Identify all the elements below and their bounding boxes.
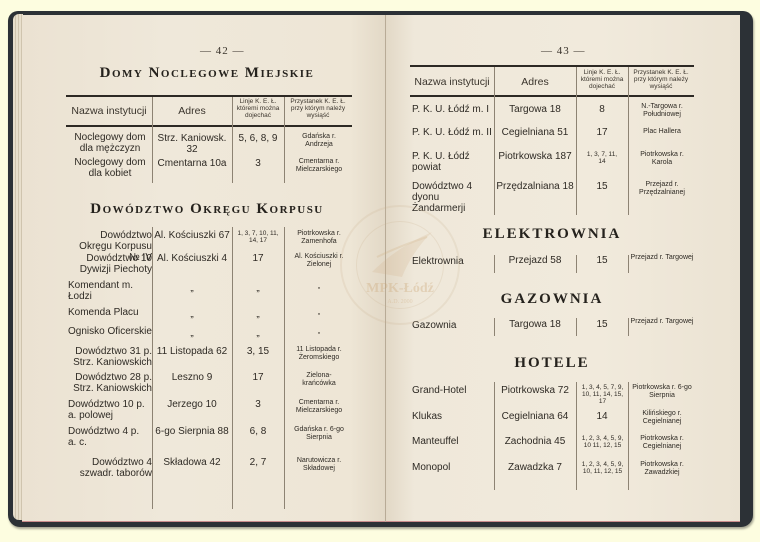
table-row-name: Ognisko Oficerskie [68,326,152,337]
table-row-lines: „ [232,283,284,294]
section-title-hotele: HOTELE [410,355,694,372]
col-header-lines: Linje K. E. Ł. któremi można dojechać [576,70,628,90]
winged-wheel-icon [367,227,437,282]
table-row-lines: 15 [576,319,628,330]
table-row-stop: Piotrkowska r. Cegielnianej [630,435,694,451]
column-divider [576,382,577,490]
header-bottom-rule [66,125,352,127]
table-row-address: Zachodnia 45 [494,436,576,447]
table-row-lines: 3, 15 [232,346,284,357]
table-row-stop: Przejazd r. Targowej [630,318,694,326]
section-title-dowodztwo: Dowództwo Okręgu Korpusu [62,201,352,218]
table-row-stop: „ [288,328,350,336]
column-divider [628,255,629,273]
table-row-address: Cegielniana 64 [494,411,576,422]
table-row-name: P. K. U. Łódź m. I [412,104,494,115]
table-row-address: Al. Kościuszki 4 [152,253,232,264]
table-row-name: Grand-Hotel [412,385,494,396]
page-number: — 43 — [541,45,586,57]
col-header-stop: Przystanek K. E. Ł. przy którym należy w… [628,70,694,90]
header-top-rule [66,95,352,97]
table-row-name: Gazownia [412,320,494,331]
table-row-address: Przejazd 58 [494,255,576,266]
table-row-lines: „ [232,328,284,339]
table-row-name: Dowództwo 4 szwadr. taborów [68,457,152,479]
table-row-address: Zawadzka 7 [494,462,576,473]
column-divider [628,318,629,336]
watermark-year: A.D. 2000 [342,299,458,305]
table-row-lines: 15 [576,181,628,192]
column-divider [284,97,285,183]
table-row-lines: „ [232,309,284,320]
table-row-name: P. K. U. Łódź m. II [412,127,494,138]
table-row-address: Cegielniana 51 [494,127,576,138]
table-row-address: „ [152,328,232,339]
table-row-name: Klukas [412,411,494,422]
table-row-stop: Narutowicza r. Składowej [288,457,350,473]
col-header-address: Adres [152,106,232,117]
table-row-address: Piotrkowska 187 [494,151,576,162]
table-row-address: Cmentarna 10a [152,158,232,169]
table-row-address: „ [152,283,232,294]
table-row-address: Piotrkowska 72 [494,385,576,396]
table-row-name: Komendant m. Łodzi [68,280,138,302]
column-divider [494,67,495,215]
table-row-address: „ [152,309,232,320]
col-header-address: Adres [494,77,576,88]
watermark-seal: MPK-Łódź A.D. 2000 [340,205,460,325]
table-row-lines: 17 [576,127,628,138]
table-row-lines: 1, 3, 7, 10, 11, 14, 17 [234,230,282,244]
table-row-lines: 5, 6, 8, 9 [232,133,284,144]
table-row-name: Dowództwo 4 p. a. c. [68,426,140,448]
watermark-text: MPK-Łódź [342,281,458,297]
table-row-stop: Gdańska r. Andrzeja [288,133,350,149]
table-row-address: Strz. Kaniowsk. 32 [152,133,232,155]
table-row-name: Dowództwo 10 p. a. polowej [68,399,152,421]
table-row-name: Monopol [412,462,494,473]
table-row-lines: 2, 7 [232,457,284,468]
table-row-address: Targowa 18 [494,104,576,115]
col-header-lines: Linje K. E. Ł. któremi można dojechać [232,99,284,119]
column-divider [628,67,629,215]
column-divider [628,382,629,490]
table-row-stop: Piotrkowska r. Zawadzkiej [630,461,694,477]
table-row-address: Składowa 42 [152,457,232,468]
table-row-address: Przędzalniana 18 [494,181,576,192]
table-row-lines: 17 [232,372,284,383]
table-row-name: Noclegowy dom dla kobiet [68,157,152,179]
table-row-address: Al. Kościuszki 67 [152,230,232,241]
table-row-lines: 8 [576,104,628,115]
section-title-domy-noclegowe: Domy Noclegowe Miejskie [62,65,352,82]
table-row-name: Noclegowy dom dla mężczyzn [68,132,152,154]
table-row-name: P. K. U. Łódź powiat [412,151,476,173]
table-row-lines: 15 [576,255,628,266]
col-header-stop: Przystanek K. E. Ł. przy którym należy w… [284,99,352,119]
table-row-stop: Przejazd r. Przędzalnianej [630,181,694,197]
table-row-name: Manteuffel [412,436,494,447]
table-row-lines: 1, 3, 7, 11, 14 [586,151,618,165]
col-header-name: Nazwa instytucji [410,77,494,88]
table-row-stop: Cmentarna r. Mielczarskiego [288,158,350,174]
col-header-name: Nazwa instytucji [66,106,152,117]
table-row-stop: Piotrkowska r. Zamenhofa [288,230,350,246]
header-bottom-rule [410,95,694,97]
table-row-stop: Plac Hallera [630,128,694,136]
table-row-stop: Zielona-krańcówka [290,372,348,388]
table-row-stop: Kilińskiego r. Cegielnianej [630,410,694,426]
table-row-stop: Piotrkowska r. Karola [630,151,694,167]
table-row-lines: 6, 8 [232,426,284,437]
table-row-address: Targowa 18 [494,319,576,330]
table-row-address: 11 Listopada 62 [152,346,232,357]
table-row-lines: 17 [232,253,284,264]
table-row-address: Leszno 9 [152,372,232,383]
page-number: — 42 — [200,45,245,57]
table-row-address: Jerzego 10 [152,399,232,410]
table-row-name: Komenda Placu [68,307,152,318]
table-row-stop: N.-Targowa r. Południowej [630,103,694,119]
table-row-lines: 1, 3, 4, 5, 7, 9, 10, 11, 14, 15, 17 [579,384,626,405]
table-row-lines: 3 [232,399,284,410]
table-row-lines: 1, 2, 3, 4, 5, 9, 10 11, 12, 15 [579,435,626,449]
table-row-address: 6-go Sierpnia 88 [152,426,232,437]
table-row-lines: 3 [232,158,284,169]
table-row-name: Dowództwo 10 Dywizji Piechoty [68,253,152,275]
table-row-stop: Przejazd r. Targowej [630,254,694,262]
left-page: — 42 — Domy Noclegowe Miejskie Nazwa ins… [22,15,386,522]
table-row-stop: Piotrkowska r. 6-go Sierpnia [630,384,694,400]
column-divider [284,227,285,509]
header-top-rule [410,65,694,67]
table-row-stop: 11 Listopada r. Żeromskiego [288,346,350,362]
table-row-lines: 14 [576,411,628,422]
table-row-stop: „ [288,283,350,291]
table-row-stop: „ [288,309,350,317]
table-row-stop: Cmentarna r. Mielczarskiego [288,399,350,415]
table-row-lines: 1, 2, 3, 4, 5, 9, 10, 11, 12, 15 [579,461,626,475]
table-row-name: Dowództwo 31 p. Strz. Kaniowskich [68,346,152,368]
table-row-stop: Gdańska r. 6-go Sierpnia [288,426,350,442]
column-divider [576,67,577,215]
table-row-name: Dowództwo 28 p. Strz. Kaniowskich [68,372,152,394]
